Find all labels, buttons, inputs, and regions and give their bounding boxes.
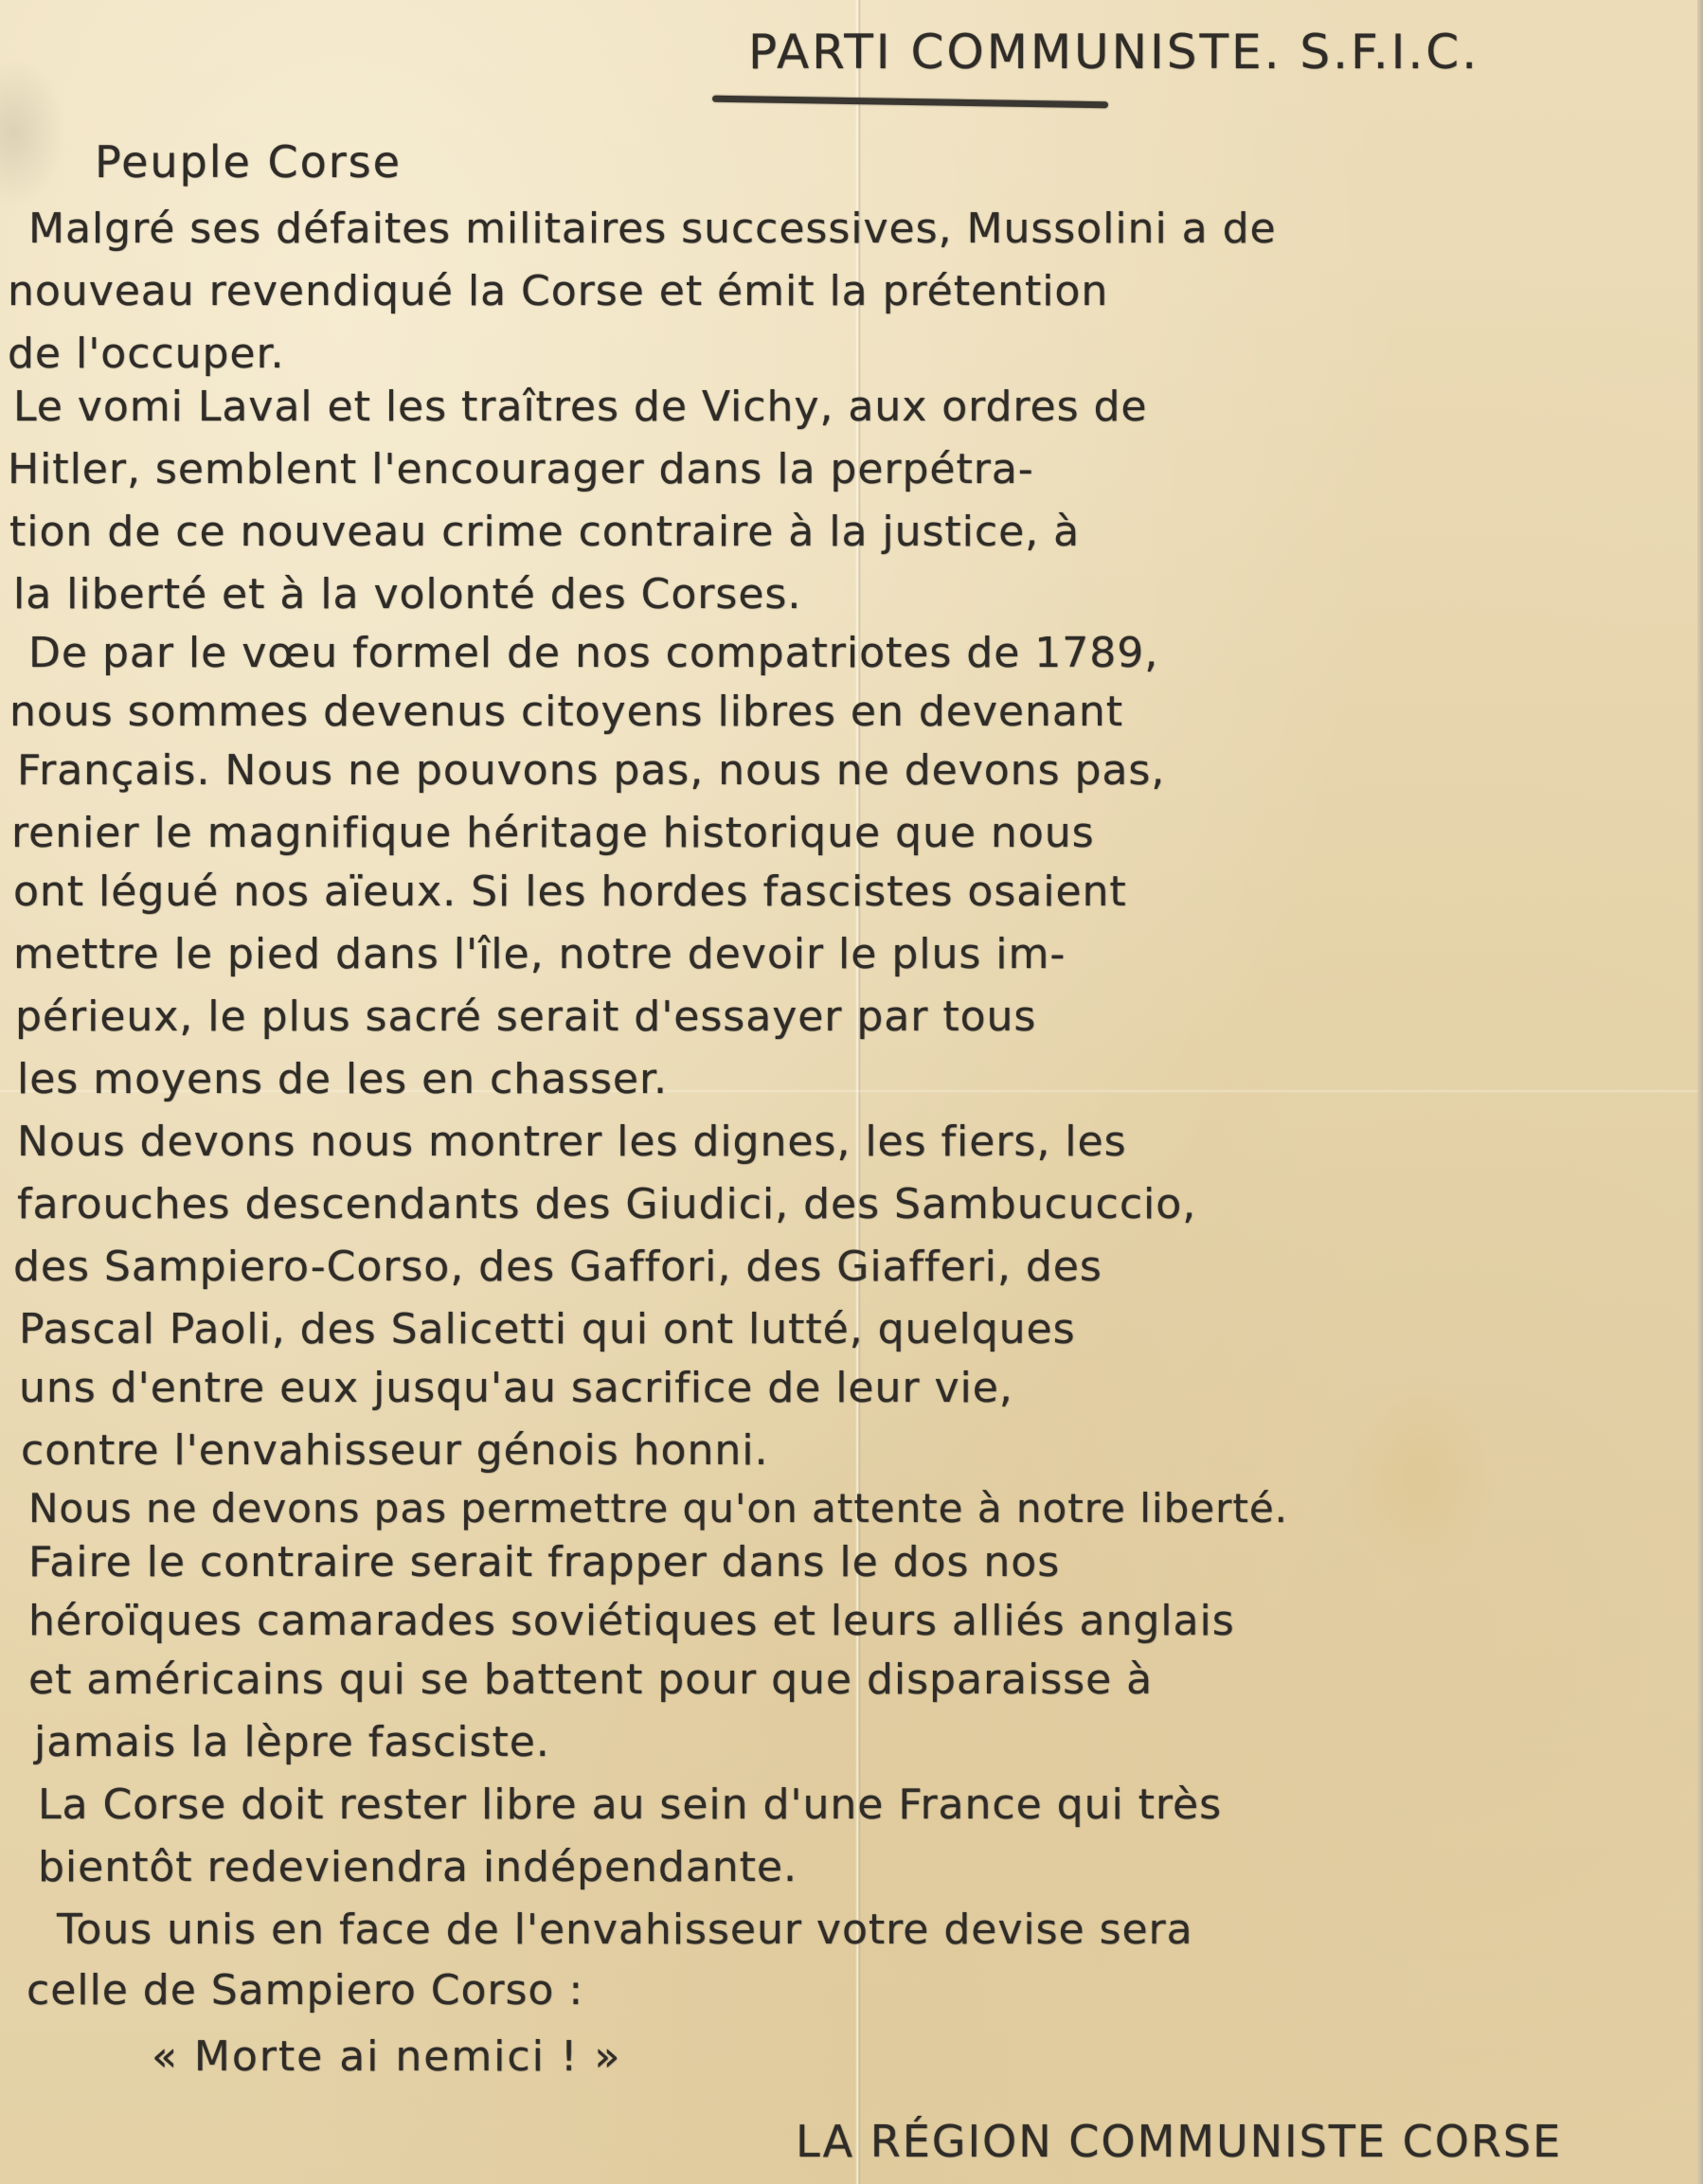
salutation: Peuple Corse xyxy=(95,140,402,184)
text-line: ont légué nos aïeux. Si les hordes fasci… xyxy=(13,871,1127,913)
text-line: La Corse doit rester libre au sein d'une… xyxy=(38,1784,1222,1826)
signature: La Région Communiste Corse xyxy=(796,2120,1562,2163)
pencil-smudge xyxy=(0,57,66,208)
text-line: tion de ce nouveau crime contraire à la … xyxy=(9,511,1080,553)
text-line: nous sommes devenus citoyens libres en d… xyxy=(9,691,1123,733)
text-line: mettre le pied dans l'île, notre devoir … xyxy=(13,934,1066,976)
text-line: de l'occuper. xyxy=(8,333,285,375)
text-line: renier le magnifique héritage historique… xyxy=(11,813,1095,854)
text-line: farouches descendants des Giudici, des S… xyxy=(17,1184,1196,1226)
document-page: PARTI COMMUNISTE. S.F.I.C. Peuple Corse … xyxy=(0,0,1703,2184)
text-line: héroïques camarades soviétiques et leurs… xyxy=(28,1601,1235,1642)
text-line: De par le vœu formel de nos compatriotes… xyxy=(28,633,1158,674)
text-line: Nous devons nous montrer les dignes, les… xyxy=(17,1121,1127,1163)
text-line: la liberté et à la volonté des Corses. xyxy=(13,574,801,616)
text-line: les moyens de les en chasser. xyxy=(17,1059,668,1101)
text-line: Hitler, semblent l'encourager dans la pe… xyxy=(8,449,1034,491)
text-line: Pascal Paoli, des Salicetti qui ont lutt… xyxy=(19,1309,1076,1351)
motto: « Morte ai nemici ! » xyxy=(152,2036,621,2078)
text-line: jamais la lèpre fasciste. xyxy=(34,1722,550,1763)
text-line: des Sampiero-Corso, des Gaffori, des Gia… xyxy=(13,1246,1102,1288)
text-line: bientôt redeviendra indépendante. xyxy=(38,1847,798,1889)
text-line: Tous unis en face de l'envahisseur votre… xyxy=(57,1909,1193,1951)
text-line: Français. Nous ne pouvons pas, nous ne d… xyxy=(17,750,1165,792)
text-line: nouveau revendiqué la Corse et émit la p… xyxy=(8,271,1108,313)
text-line: Nous ne devons pas permettre qu'on atten… xyxy=(28,1489,1288,1529)
text-line: Malgré ses défaites militaires successiv… xyxy=(28,208,1277,250)
text-line-corrected: contre l'envahisseur génois honni. xyxy=(21,1430,768,1472)
text-line: Faire le contraire serait frapper dans l… xyxy=(28,1542,1060,1584)
text-line: périeux, le plus sacré serait d'essayer … xyxy=(15,996,1036,1038)
scan-edge xyxy=(1697,0,1703,2184)
header-underline xyxy=(712,96,1108,109)
document-header: PARTI COMMUNISTE. S.F.I.C. xyxy=(748,28,1479,76)
text-line: celle de Sampiero Corso : xyxy=(27,1970,583,2012)
paper-stain xyxy=(1345,1373,1497,1582)
text-line: Le vomi Laval et les traîtres de Vichy, … xyxy=(13,386,1148,428)
text-line: et américains qui se battent pour que di… xyxy=(28,1659,1153,1701)
text-line: uns d'entre eux jusqu'au sacrifice de le… xyxy=(19,1368,1013,1409)
